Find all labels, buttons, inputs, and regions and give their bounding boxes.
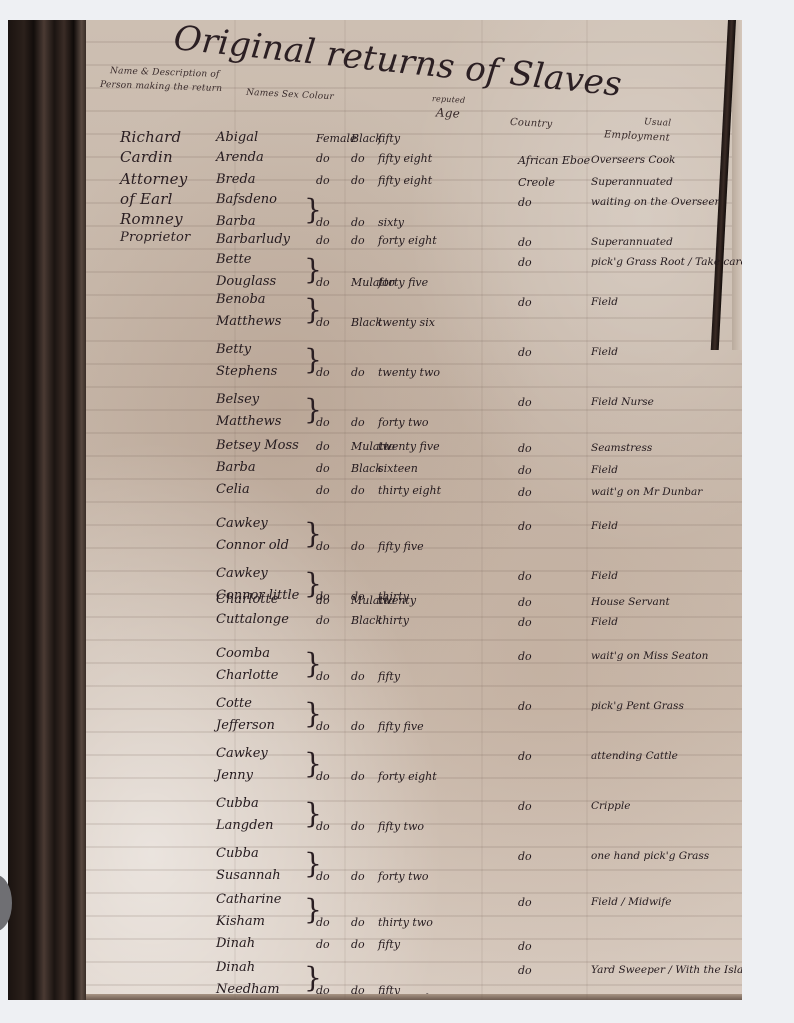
entry-employment: pick'g Pent Grass bbox=[591, 700, 684, 712]
entry-country: do bbox=[518, 800, 532, 813]
entry-age: thirty eight bbox=[378, 484, 441, 497]
entry-country: do bbox=[518, 940, 532, 953]
entry-country: African Eboe bbox=[518, 154, 590, 167]
entry-age: forty five bbox=[378, 276, 428, 289]
entry-name: Belsey bbox=[216, 392, 259, 407]
entry-country: do bbox=[518, 750, 532, 763]
entry-age: forty two bbox=[378, 416, 429, 429]
page-bottom-edge bbox=[86, 994, 742, 1000]
entry-sex: do bbox=[316, 316, 330, 329]
entry-colour: do bbox=[351, 216, 365, 229]
entry-age: twenty six bbox=[378, 316, 435, 329]
entry-colour: do bbox=[351, 670, 365, 683]
entry-name: Bette bbox=[216, 252, 251, 267]
entry-country: do bbox=[518, 616, 532, 629]
owner-line: Proprietor bbox=[120, 230, 190, 245]
entry-name: Barba bbox=[216, 460, 256, 475]
entry-surname: Kisham bbox=[216, 914, 265, 929]
entry-colour: do bbox=[351, 870, 365, 883]
entry-employment: Field bbox=[591, 520, 618, 532]
entry-employment: Cripple bbox=[591, 800, 630, 812]
entry-sex: do bbox=[316, 416, 330, 429]
entry-age: forty two bbox=[378, 870, 429, 883]
entry-name: Abigal bbox=[216, 130, 258, 145]
entry-name: Benoba bbox=[216, 292, 266, 307]
entry-age: forty eight bbox=[378, 234, 437, 247]
entry-age: forty eight bbox=[378, 770, 437, 783]
owner-line: Cardin bbox=[120, 148, 173, 166]
entry-sex: do bbox=[316, 366, 330, 379]
entry-name: Arenda bbox=[216, 150, 264, 165]
entry-age: fifty eight bbox=[378, 174, 432, 187]
entry-colour: do bbox=[351, 820, 365, 833]
entry-name: Betty bbox=[216, 342, 251, 357]
entry-sex: do bbox=[316, 594, 330, 607]
page-right-edge bbox=[732, 20, 742, 350]
entry-colour: do bbox=[351, 770, 365, 783]
entry-country: do bbox=[518, 346, 532, 359]
entry-age: thirty bbox=[378, 614, 409, 627]
entry-sex: do bbox=[316, 440, 330, 453]
entry-colour: do bbox=[351, 152, 365, 165]
entry-surname: Jefferson bbox=[216, 718, 275, 733]
entry-employment: Overseers Cook bbox=[591, 154, 675, 166]
entry-name: Celia bbox=[216, 482, 250, 497]
entry-age: fifty two bbox=[378, 820, 424, 833]
entry-country: do bbox=[518, 442, 532, 455]
entry-employment: one hand pick'g Grass bbox=[591, 850, 709, 862]
entry-country: do bbox=[518, 700, 532, 713]
entry-name: Cawkey bbox=[216, 746, 268, 761]
entry-sex: do bbox=[316, 614, 330, 627]
entry-country: do bbox=[518, 520, 532, 533]
entry-colour: do bbox=[351, 916, 365, 929]
entry-surname: Barba bbox=[216, 214, 256, 229]
entry-age: fifty five bbox=[378, 720, 424, 733]
entry-employment: Field bbox=[591, 570, 618, 582]
entry-colour: do bbox=[351, 366, 365, 379]
entry-surname: Jenny bbox=[216, 768, 253, 783]
entry-employment: House Servant bbox=[591, 596, 670, 608]
entry-employment: Field bbox=[591, 616, 618, 628]
ledger-photograph: Original returns of Slaves Name & Descri… bbox=[8, 20, 742, 1000]
entry-sex: do bbox=[316, 770, 330, 783]
entry-surname: Charlotte bbox=[216, 668, 278, 683]
entry-sex: do bbox=[316, 938, 330, 951]
entry-name: Betsey Moss bbox=[216, 438, 299, 453]
entry-employment: waiting on the Overseer bbox=[591, 196, 720, 208]
screenshot-stage: Original returns of Slaves Name & Descri… bbox=[0, 0, 794, 1023]
header-employment: Employment bbox=[604, 129, 670, 143]
entry-surname: Douglass bbox=[216, 274, 276, 289]
entry-colour: do bbox=[351, 938, 365, 951]
entry-age: fifty bbox=[378, 670, 400, 683]
entry-name: Coomba bbox=[216, 646, 270, 661]
entry-employment: Superannuated bbox=[591, 236, 673, 248]
entry-name: Breda bbox=[216, 172, 256, 187]
owner-line: Richard bbox=[120, 128, 181, 146]
entry-sex: do bbox=[316, 670, 330, 683]
entry-name: Cawkey bbox=[216, 566, 268, 581]
entry-colour: do bbox=[351, 174, 365, 187]
entry-country: do bbox=[518, 850, 532, 863]
entry-surname: Langden bbox=[216, 818, 273, 833]
header-owner-line2: Person making the return bbox=[100, 80, 222, 94]
header-owner-line1: Name & Description of bbox=[110, 66, 220, 80]
entry-sex: do bbox=[316, 720, 330, 733]
entry-name: Catharine bbox=[216, 892, 281, 907]
entry-country: do bbox=[518, 486, 532, 499]
entry-age: twenty two bbox=[378, 366, 440, 379]
entry-country: Creole bbox=[518, 176, 555, 189]
entry-name: Cubba bbox=[216, 846, 259, 861]
entry-employment: Field / Midwife bbox=[591, 896, 671, 908]
entry-country: do bbox=[518, 236, 532, 249]
owner-line: Romney bbox=[120, 210, 183, 228]
entry-country: do bbox=[518, 396, 532, 409]
entry-sex: do bbox=[316, 820, 330, 833]
entry-country: do bbox=[518, 650, 532, 663]
entry-sex: do bbox=[316, 174, 330, 187]
entry-age: sixteen bbox=[378, 462, 418, 475]
entry-colour: do bbox=[351, 540, 365, 553]
entry-name: Barbarludy bbox=[216, 232, 290, 247]
entry-name: Cubba bbox=[216, 796, 259, 811]
entry-surname: Connor old bbox=[216, 538, 289, 553]
entry-name: Dinah bbox=[216, 960, 255, 975]
entry-colour: do bbox=[351, 484, 365, 497]
header-age: Age bbox=[436, 105, 461, 120]
entry-age: fifty eight bbox=[378, 152, 432, 165]
entry-age: fifty five bbox=[378, 540, 424, 553]
entry-country: do bbox=[518, 896, 532, 909]
entry-name: Cuttalonge bbox=[216, 612, 289, 627]
entry-name: Charlotte bbox=[216, 592, 278, 607]
entry-age: twenty bbox=[378, 594, 416, 607]
entry-sex: do bbox=[316, 152, 330, 165]
entry-sex: do bbox=[316, 276, 330, 289]
entry-sex: do bbox=[316, 870, 330, 883]
header-usual: Usual bbox=[644, 117, 672, 128]
entry-surname: Matthews bbox=[216, 414, 281, 429]
entry-country: do bbox=[518, 296, 532, 309]
entry-employment: Seamstress bbox=[591, 442, 652, 454]
header-country: Country bbox=[510, 117, 553, 130]
entry-age: thirty two bbox=[378, 916, 433, 929]
entry-employment: Superannuated bbox=[591, 176, 673, 188]
header-reputed: reputed bbox=[432, 94, 466, 105]
entry-sex: do bbox=[316, 462, 330, 475]
entry-country: do bbox=[518, 196, 532, 209]
entry-age: sixty bbox=[378, 216, 404, 229]
entry-employment: wait'g on Miss Seaton bbox=[591, 650, 708, 662]
entry-sex: do bbox=[316, 484, 330, 497]
document-title: Original returns of Slaves bbox=[172, 20, 624, 105]
entry-employment: Field bbox=[591, 346, 618, 358]
entry-country: do bbox=[518, 256, 532, 269]
entry-name: Dinah bbox=[216, 936, 255, 951]
entry-country: do bbox=[518, 596, 532, 609]
entry-name: Cawkey bbox=[216, 516, 268, 531]
entry-employment: attending Cattle bbox=[591, 750, 678, 762]
ledger-page: Original returns of Slaves Name & Descri… bbox=[86, 20, 742, 1000]
entry-colour: do bbox=[351, 720, 365, 733]
entry-sex: do bbox=[316, 216, 330, 229]
entry-colour: do bbox=[351, 234, 365, 247]
owner-line: of Earl bbox=[120, 190, 173, 208]
entry-employment: Field Nurse bbox=[591, 396, 654, 408]
entry-employment: Yard Sweeper / With the Island bbox=[591, 964, 742, 976]
entry-employment: Field bbox=[591, 296, 618, 308]
entry-sex: do bbox=[316, 540, 330, 553]
entry-age: twenty five bbox=[378, 440, 440, 453]
entry-country: do bbox=[518, 464, 532, 477]
entry-country: do bbox=[518, 964, 532, 977]
entry-name: Bafsdeno bbox=[216, 192, 277, 207]
entry-sex: do bbox=[316, 234, 330, 247]
book-spine bbox=[8, 20, 88, 1000]
owner-line: Attorney bbox=[120, 170, 187, 188]
entry-surname: Matthews bbox=[216, 314, 281, 329]
entry-country: do bbox=[518, 570, 532, 583]
entry-employment: Field bbox=[591, 464, 618, 476]
entry-age: fifty bbox=[378, 938, 400, 951]
entry-surname: Stephens bbox=[216, 364, 277, 379]
entry-surname: Susannah bbox=[216, 868, 281, 883]
entry-employment: wait'g on Mr Dunbar bbox=[591, 486, 702, 498]
entry-employment: pick'g Grass Root / Take care of her two… bbox=[591, 256, 742, 268]
entry-age: fifty bbox=[378, 132, 400, 145]
entry-sex: do bbox=[316, 916, 330, 929]
entry-name: Cotte bbox=[216, 696, 252, 711]
entry-colour: do bbox=[351, 416, 365, 429]
header-names-sex-colour: Names Sex Colour bbox=[246, 88, 334, 103]
